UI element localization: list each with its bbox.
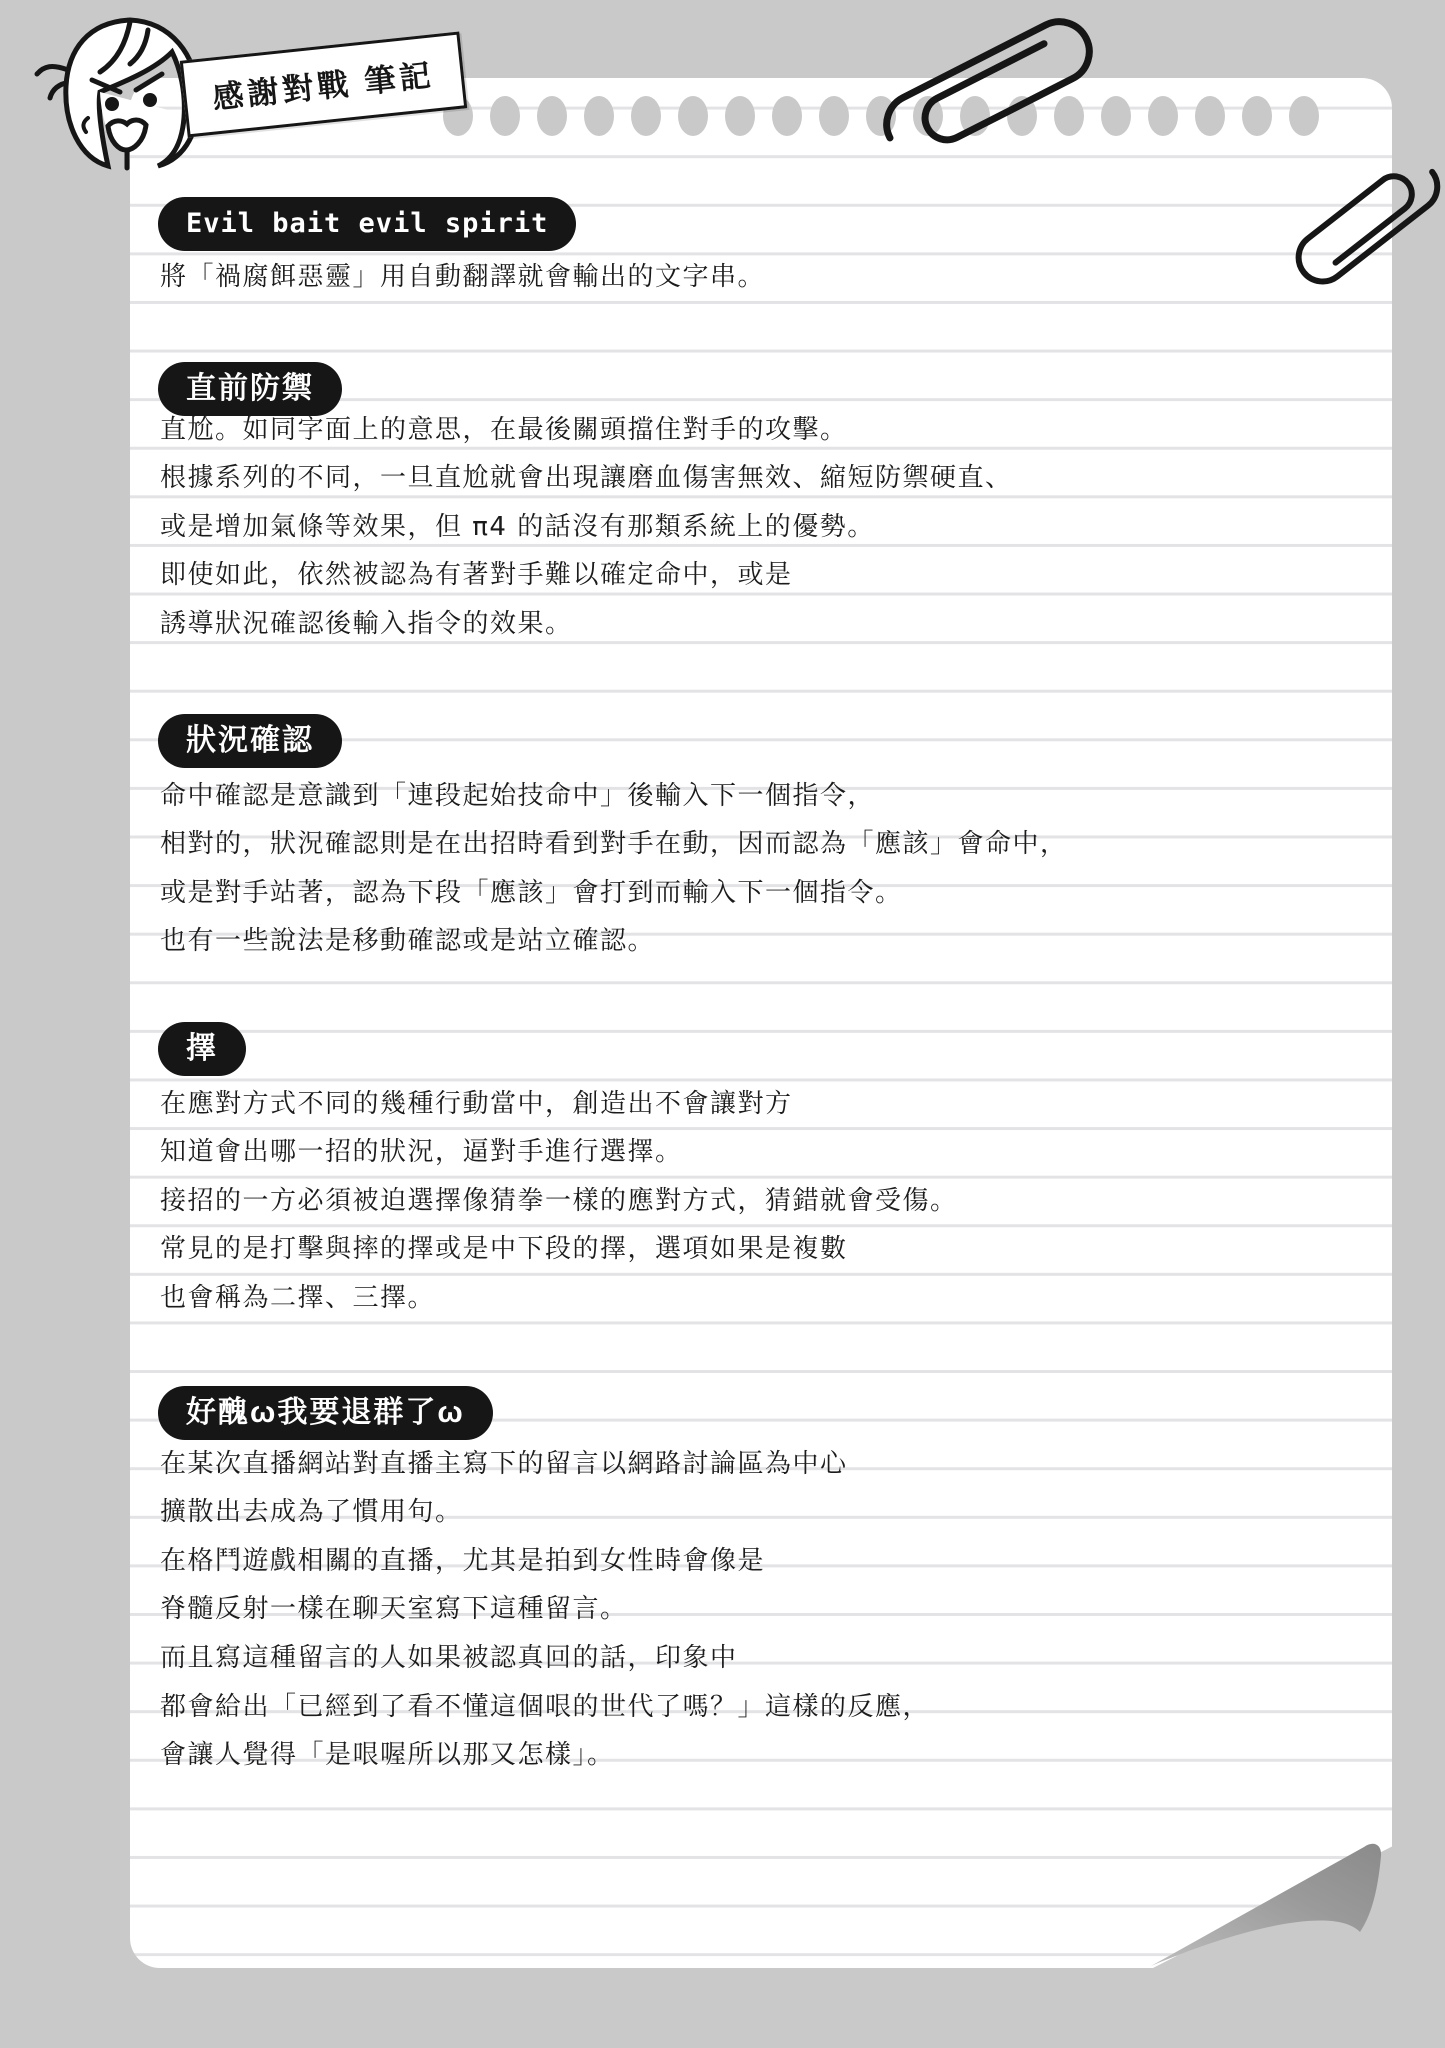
note-line: 誘導狀況確認後輸入指令的效果。 xyxy=(160,598,1372,647)
note-line: 相對的，狀況確認則是在出招時看到對手在動，因而認為「應該」會命中， xyxy=(160,819,1372,868)
binding-hole xyxy=(1148,96,1178,136)
note-line: 將「禍腐餌惡靈」用自動翻譯就會輸出的文字串。 xyxy=(160,251,1372,300)
section-body: 命中確認是意識到「連段起始技命中」後輸入下一個指令，相對的，狀況確認則是在出招時… xyxy=(160,770,1372,964)
notebook-paper: Evil bait evil spirit將「禍腐餌惡靈」用自動翻譯就會輸出的文… xyxy=(130,78,1392,1968)
section-body: 在某次直播網站對直播主寫下的留言以網路討論區為中心擴散出去成為了慣用句。在格鬥遊… xyxy=(160,1438,1372,1778)
note-line: 擴散出去成為了慣用句。 xyxy=(160,1487,1372,1536)
section-body: 在應對方式不同的幾種行動當中，創造出不會讓對方知道會出哪一招的狀況，逼對手進行選… xyxy=(160,1078,1372,1321)
note-line: 知道會出哪一招的狀況，逼對手進行選擇。 xyxy=(160,1127,1372,1176)
note-line: 根據系列的不同，一旦直尬就會出現讓磨血傷害無效、縮短防禦硬直、 xyxy=(160,453,1372,502)
paperclip-icon xyxy=(1272,128,1445,303)
binding-hole xyxy=(490,96,520,136)
note-line: 脊髓反射一樣在聊天室寫下這種留言。 xyxy=(160,1584,1372,1633)
paperclip-right xyxy=(1272,128,1445,303)
section-header-pill: Evil bait evil spirit xyxy=(158,197,576,251)
note-line: 命中確認是意識到「連段起始技命中」後輸入下一個指令， xyxy=(160,770,1372,819)
note-line: 接招的一方必須被迫選擇像猜拳一樣的應對方式，猜錯就會受傷。 xyxy=(160,1175,1372,1224)
binding-hole xyxy=(1242,96,1272,136)
note-line: 或是增加氣條等效果，但 π4 的話沒有那類系統上的優勢。 xyxy=(160,501,1372,550)
note-line: 也會稱為二擇、三擇。 xyxy=(160,1272,1372,1321)
title-text: 感謝對戰 筆記 xyxy=(211,57,436,115)
section-body: 直尬。如同字面上的意思，在最後關頭擋住對手的攻擊。根據系列的不同，一旦直尬就會出… xyxy=(160,404,1372,647)
binding-hole xyxy=(772,96,802,136)
binding-hole xyxy=(1195,96,1225,136)
note-line: 在格鬥遊戲相關的直播，尤其是拍到女性時會像是 xyxy=(160,1535,1372,1584)
section-header-pill: 好醜ω我要退群了ω xyxy=(158,1386,493,1440)
note-line: 直尬。如同字面上的意思，在最後關頭擋住對手的攻擊。 xyxy=(160,404,1372,453)
binding-hole xyxy=(584,96,614,136)
note-line: 或是對手站著，認為下段「應該」會打到而輸入下一個指令。 xyxy=(160,867,1372,916)
note-line: 會讓人覺得「是哏喔所以那又怎樣」。 xyxy=(160,1730,1372,1779)
note-line: 在應對方式不同的幾種行動當中，創造出不會讓對方 xyxy=(160,1078,1372,1127)
page-curl-icon xyxy=(1081,1832,1393,1969)
section-header-pill: 擇 xyxy=(158,1022,246,1076)
binding-hole xyxy=(631,96,661,136)
binding-hole xyxy=(537,96,567,136)
binding-hole xyxy=(725,96,755,136)
note-line: 在某次直播網站對直播主寫下的留言以網路討論區為中心 xyxy=(160,1438,1372,1487)
note-line: 而且寫這種留言的人如果被認真回的話，印象中 xyxy=(160,1632,1372,1681)
note-line: 即使如此，依然被認為有著對手難以確定命中，或是 xyxy=(160,550,1372,599)
paperclip-icon xyxy=(838,18,1138,158)
binding-hole xyxy=(678,96,708,136)
note-line: 都會給出「已經到了看不懂這個哏的世代了嗎？」這樣的反應， xyxy=(160,1681,1372,1730)
paperclip-top xyxy=(838,18,1138,158)
note-line: 常見的是打擊與摔的擇或是中下段的擇，選項如果是複數 xyxy=(160,1224,1372,1273)
note-line: 也有一些說法是移動確認或是站立確認。 xyxy=(160,916,1372,965)
section-body: 將「禍腐餌惡靈」用自動翻譯就會輸出的文字串。 xyxy=(160,251,1372,300)
section-header-pill: 狀況確認 xyxy=(158,714,342,768)
notebook-background: Evil bait evil spirit將「禍腐餌惡靈」用自動翻譯就會輸出的文… xyxy=(0,0,1445,2048)
page-curl xyxy=(1081,1832,1393,1969)
